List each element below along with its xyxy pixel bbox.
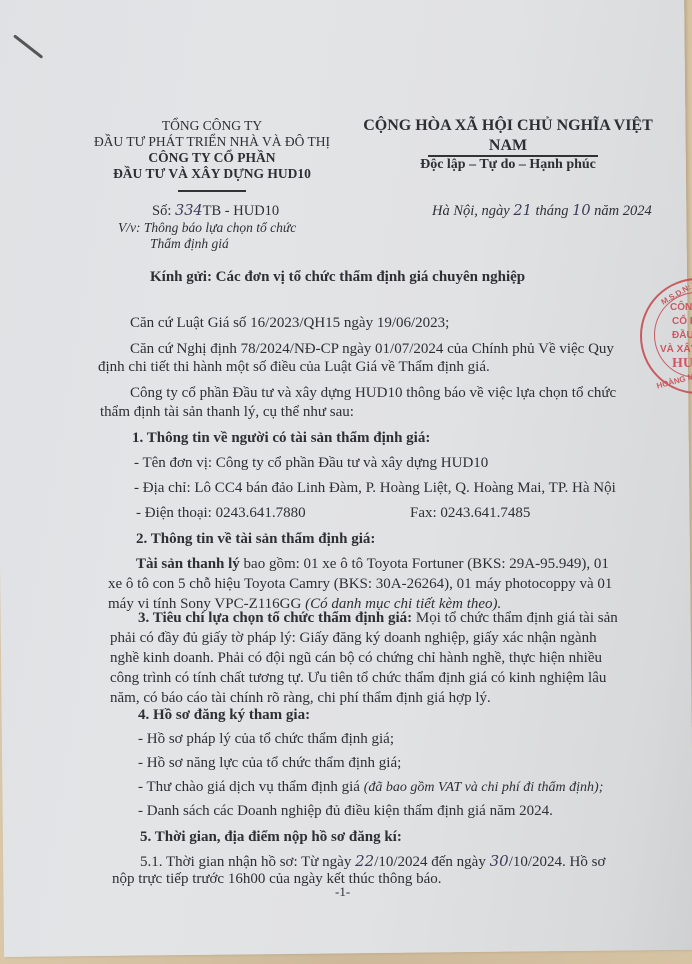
parent-company-line1: TỔNG CÔNG TY	[84, 118, 340, 134]
stamp-line1: CÔNG	[670, 302, 692, 313]
stamp-bottom-text: HOÀNG MA	[656, 370, 692, 390]
basis-1: Căn cứ Luật Giá số 16/2023/QH15 ngày 19/…	[130, 314, 449, 333]
section2-line1: Tài sản thanh lý bao gồm: 01 xe ô tô Toy…	[136, 555, 609, 574]
subject-line1: V/v: Thông báo lựa chọn tổ chức	[118, 220, 296, 236]
pen-mark	[13, 34, 43, 59]
company-line1: CÔNG TY CỔ PHẦN	[84, 150, 340, 166]
issuer-header: TỔNG CÔNG TY ĐẦU TƯ PHÁT TRIỂN NHÀ VÀ ĐÔ…	[84, 118, 340, 182]
handwritten-month: 10	[572, 203, 590, 219]
section2-line2: xe ô tô con 5 chỗ hiệu Toyota Camry (BKS…	[108, 575, 612, 594]
document-page: TỔNG CÔNG TY ĐẦU TƯ PHÁT TRIỂN NHÀ VÀ ĐÔ…	[0, 0, 692, 964]
section4-heading: 4. Hồ sơ đăng ký tham gia:	[138, 706, 310, 725]
document-number: Số: 334TB - HUD10	[152, 203, 279, 220]
section3-line3: nghề kinh doanh. Phải có đội ngũ cán bộ …	[110, 649, 602, 668]
section1-address: - Địa chỉ: Lô CC4 bán đảo Linh Đàm, P. H…	[134, 479, 616, 498]
basis-2-line2: định chi tiết thi hành một số điều của L…	[98, 358, 490, 377]
issuer-underline	[178, 190, 246, 192]
intro-line2: thẩm định tài sản thanh lý, cụ thể như s…	[100, 403, 354, 422]
motto-underline	[428, 155, 598, 157]
document-date: Hà Nội, ngày 21 tháng 10 năm 2024	[432, 203, 652, 220]
section3-line4: công trình có tính chất tương tự. Ưu tiê…	[110, 669, 606, 688]
company-stamp: M.S.D.N: 26005 CÔNG CỔ P ĐẦU VÀ XÂY HUD …	[640, 278, 692, 394]
nation-motto: Độc lập – Tự do – Hạnh phúc	[348, 156, 668, 174]
handwritten-from-day: 22	[355, 852, 374, 870]
subject-line2: Thẩm định giá	[150, 236, 229, 252]
section5-heading: 5. Thời gian, địa điểm nộp hồ sơ đăng kí…	[140, 828, 402, 847]
section1-name: - Tên đơn vị: Công ty cổ phần Đầu tư và …	[134, 454, 488, 473]
section1-fax: Fax: 0243.641.7485	[410, 504, 530, 523]
nation-title: CỘNG HÒA XÃ HỘI CHỦ NGHĨA VIỆT NAM	[348, 116, 668, 156]
stamp-line5: HUD	[672, 356, 692, 372]
section4-item3: - Thư chào giá dịch vụ thẩm định giá (đã…	[138, 778, 603, 797]
national-header: CỘNG HÒA XÃ HỘI CHỦ NGHĨA VIỆT NAM Độc l…	[348, 116, 668, 174]
stamp-line2: CỔ P	[672, 316, 692, 327]
section1-heading: 1. Thông tin về người có tài sản thẩm đị…	[132, 429, 430, 448]
intro-line1: Công ty cổ phần Đầu tư và xây dựng HUD10…	[130, 384, 616, 403]
section2-heading: 2. Thông tin về tài sản thẩm định giá:	[136, 530, 375, 549]
section4-item2: - Hồ sơ năng lực của tổ chức thẩm định g…	[138, 754, 401, 773]
section1-phone: - Điện thoại: 0243.641.7880	[136, 504, 306, 523]
section5-line2: nộp trực tiếp trước 16h00 của ngày kết t…	[112, 870, 442, 889]
stamp-line4: VÀ XÂY	[660, 344, 692, 355]
basis-2-line1: Căn cứ Nghị định 78/2024/NĐ-CP ngày 01/0…	[130, 340, 614, 359]
page-number: -1-	[335, 884, 350, 900]
company-line2: ĐẦU TƯ VÀ XÂY DỰNG HUD10	[84, 166, 340, 182]
section4-item1: - Hồ sơ pháp lý của tổ chức thẩm định gi…	[138, 730, 394, 749]
section4-item4: - Danh sách các Doanh nghiệp đủ điều kiệ…	[138, 802, 553, 821]
stamp-line3: ĐẦU	[672, 330, 692, 341]
section3-line1: 3. Tiêu chí lựa chọn tổ chức thẩm định g…	[138, 609, 618, 628]
section3-line2: phải có đầy đủ giấy tờ pháp lý: Giấy đăn…	[110, 629, 597, 648]
recipient: Kính gửi: Các đơn vị tổ chức thẩm định g…	[150, 269, 525, 286]
parent-company-line2: ĐẦU TƯ PHÁT TRIỂN NHÀ VÀ ĐÔ THỊ	[84, 134, 340, 150]
handwritten-day: 21	[513, 203, 531, 219]
handwritten-number: 334	[175, 203, 203, 219]
section5-line1: 5.1. Thời gian nhận hồ sơ: Từ ngày 22/10…	[140, 852, 605, 872]
handwritten-to-day: 30	[490, 852, 509, 870]
